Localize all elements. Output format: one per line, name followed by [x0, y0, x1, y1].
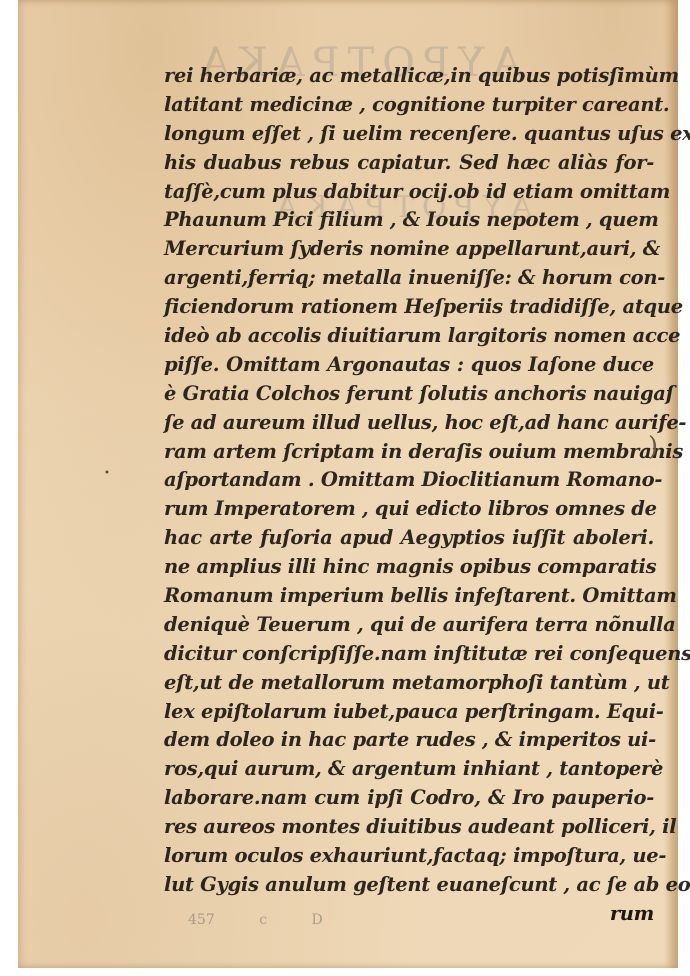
text-line: laborare.nam cum ipſi Codro, & Iro paupe… — [164, 784, 654, 813]
text-line: ideò ab accolis diuitiarum largitoris no… — [164, 322, 654, 351]
text-line: ros,qui aurum, & argentum inhiant , tant… — [164, 755, 654, 784]
text-line: dem doleo in hac parte rudes , & imperit… — [164, 726, 654, 755]
margin-bracket-mark: ) — [648, 432, 658, 462]
text-line: ſe ad aureum illud uellus, hoc eſt,ad ha… — [164, 409, 654, 438]
text-line: taſſè,cum plus dabitur ocij.ob id etiam … — [164, 178, 654, 207]
text-line: ram artem ſcriptam in deraſis ouium memb… — [164, 438, 654, 467]
text-line: rei herbariæ, ac metallicæ,in quibus pot… — [164, 62, 654, 91]
text-line: res aureos montes diuitibus audeant poll… — [164, 813, 654, 842]
margin-dot-mark: • — [104, 468, 110, 479]
text-line: lorum oculos exhauriunt,factaq; impoſtur… — [164, 842, 654, 871]
text-line: piſſe. Omittam Argonautas : quos Iaſone … — [164, 351, 654, 380]
signature-mark: c — [259, 912, 267, 928]
text-line: lut Gygis anulum geſtent euaneſcunt , ac… — [164, 871, 654, 900]
book-page: ΑΥΡΟΤΡΑΚΑ ΑΥΡΟΤΡΑΚΑ rei herbariæ, ac met… — [18, 0, 678, 968]
body-text: rei herbariæ, ac metallicæ,in quibus pot… — [164, 62, 654, 929]
text-line: rum Imperatorem , qui edicto libros omne… — [164, 495, 654, 524]
text-line: è Gratia Colchos ferunt ſolutis anchoris… — [164, 380, 654, 409]
text-line: deniquè Teuerum , qui de aurifera terra … — [164, 611, 654, 640]
text-line: longum eſſet , ſi uelim recenſere. quant… — [164, 120, 654, 149]
text-line: lex epiſtolarum iubet,pauca perſtringam.… — [164, 698, 654, 727]
text-line: latitant medicinæ , cognitione turpiter … — [164, 91, 654, 120]
text-line: Romanum imperium bellis infeſtarent. Omi… — [164, 582, 654, 611]
text-line: Mercurium ſyderis nomine appellarunt,aur… — [164, 235, 654, 264]
text-line: ficiendorum rationem Heſperiis tradidiſſ… — [164, 293, 654, 322]
text-line: hac arte fuſoria apud Aegyptios iuſſit a… — [164, 524, 654, 553]
text-line: his duabus rebus capiatur. Sed hæc aliàs… — [164, 149, 654, 178]
text-line: argenti,ferriq; metalla inueniſſe: & hor… — [164, 264, 654, 293]
signature-mark: D — [311, 912, 322, 928]
catchword: rum — [610, 902, 654, 925]
text-line: dicitur conſcripſiſſe.nam inſtitutæ rei … — [164, 640, 654, 669]
text-line: aſportandam . Omittam Dioclitianum Roman… — [164, 466, 654, 495]
text-line: Phaunum Pici filium , & Iouis nepotem , … — [164, 206, 654, 235]
text-line: eſt,ut de metallorum metamorphoſi tantùm… — [164, 669, 654, 698]
folio-show-through: 457 — [188, 912, 215, 928]
text-line: ne amplius illi hinc magnis opibus compa… — [164, 553, 654, 582]
footer-show-through: 457 c D — [188, 912, 363, 928]
